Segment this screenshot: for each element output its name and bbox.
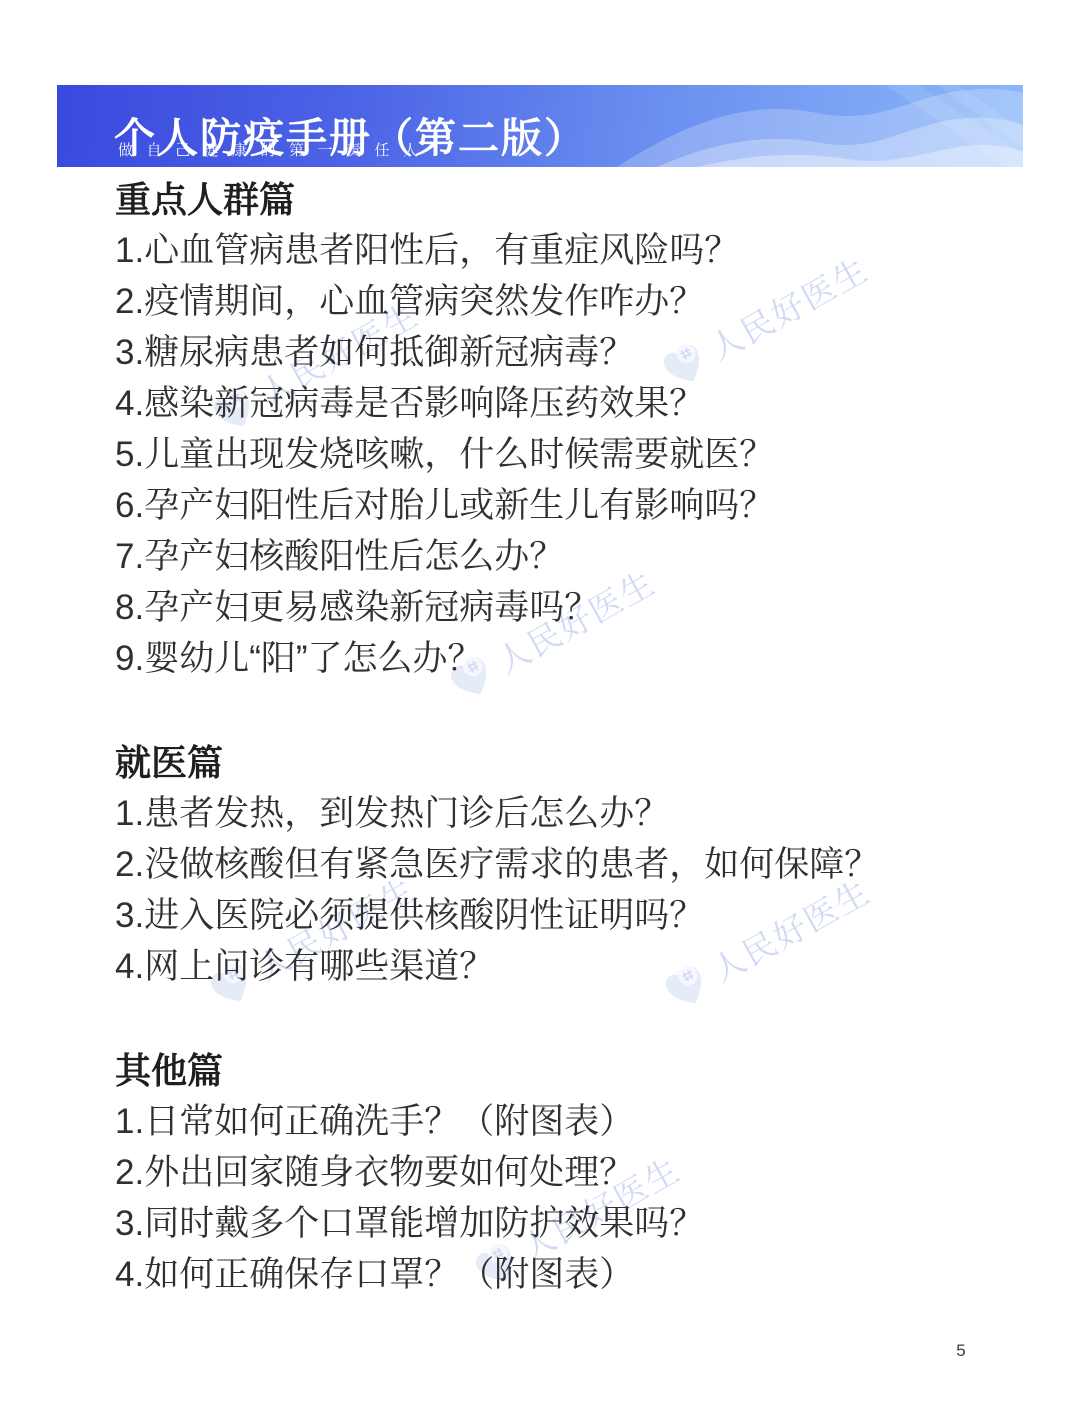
header-banner: 个人防疫手册（第二版） 做自己健康的第一责任人 xyxy=(57,85,1023,167)
toc-item: 4.网上问诊有哪些渠道？ xyxy=(115,941,1015,992)
section-items: 1.患者发热，到发热门诊后怎么办？2.没做核酸但有紧急医疗需求的患者，如何保障？… xyxy=(115,788,1015,992)
toc-item: 1.日常如何正确洗手？（附图表） xyxy=(115,1096,1015,1147)
section-items: 1.心血管病患者阳性后，有重症风险吗？2.疫情期间，心血管病突然发作咋办？3.糖… xyxy=(115,225,1015,684)
toc-item: 1.心血管病患者阳性后，有重症风险吗？ xyxy=(115,225,1015,276)
toc-item: 2.疫情期间，心血管病突然发作咋办？ xyxy=(115,276,1015,327)
toc-item: 2.没做核酸但有紧急医疗需求的患者，如何保障？ xyxy=(115,839,1015,890)
section-title: 就医篇 xyxy=(115,737,1015,788)
toc-item: 8.孕产妇更易感染新冠病毒吗？ xyxy=(115,582,1015,633)
toc-item: 9.婴幼儿“阳”了怎么办？ xyxy=(115,633,1015,684)
toc-item: 3.同时戴多个口罩能增加防护效果吗？ xyxy=(115,1198,1015,1249)
toc-section: 其他篇 1.日常如何正确洗手？（附图表）2.外出回家随身衣物要如何处理？3.同时… xyxy=(115,1045,1015,1300)
toc-item: 4.如何正确保存口罩？（附图表） xyxy=(115,1249,1015,1300)
toc-item: 3.糖尿病患者如何抵御新冠病毒？ xyxy=(115,327,1015,378)
toc-item: 1.患者发热，到发热门诊后怎么办？ xyxy=(115,788,1015,839)
toc-item: 7.孕产妇核酸阳性后怎么办？ xyxy=(115,531,1015,582)
section-items: 1.日常如何正确洗手？（附图表）2.外出回家随身衣物要如何处理？3.同时戴多个口… xyxy=(115,1096,1015,1300)
section-title: 其他篇 xyxy=(115,1045,1015,1096)
page-number: 5 xyxy=(946,1341,976,1361)
toc-item: 6.孕产妇阳性后对胎儿或新生儿有影响吗？ xyxy=(115,480,1015,531)
toc-section: 就医篇 1.患者发热，到发热门诊后怎么办？2.没做核酸但有紧急医疗需求的患者，如… xyxy=(115,737,1015,992)
table-of-contents: 重点人群篇 1.心血管病患者阳性后，有重症风险吗？2.疫情期间，心血管病突然发作… xyxy=(115,174,1015,1300)
toc-item: 2.外出回家随身衣物要如何处理？ xyxy=(115,1147,1015,1198)
page-subtitle: 做自己健康的第一责任人 xyxy=(118,139,432,160)
handbook-page: 人民好医生 人民好医生 人民好医生 xyxy=(0,0,1080,1427)
toc-item: 4.感染新冠病毒是否影响降压药效果？ xyxy=(115,378,1015,429)
toc-item: 5.儿童出现发烧咳嗽，什么时候需要就医？ xyxy=(115,429,1015,480)
toc-section: 重点人群篇 1.心血管病患者阳性后，有重症风险吗？2.疫情期间，心血管病突然发作… xyxy=(115,174,1015,684)
toc-item: 3.进入医院必须提供核酸阴性证明吗？ xyxy=(115,890,1015,941)
section-title: 重点人群篇 xyxy=(115,174,1015,225)
